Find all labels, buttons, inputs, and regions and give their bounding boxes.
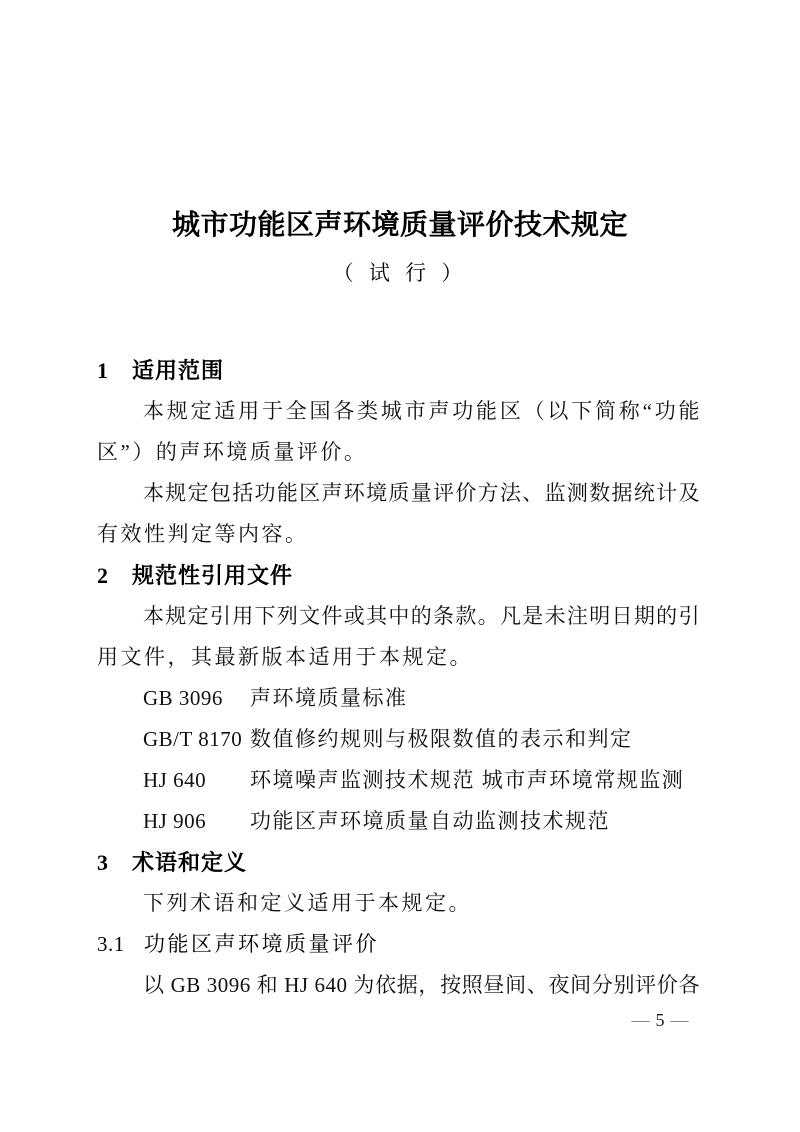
- paragraph-line: 本规定包括功能区声环境质量评价方法、监测数据统计及: [97, 473, 700, 514]
- paragraph-line: 下列术语和定义适用于本规定。: [97, 883, 700, 924]
- reference-item: GB 3096声环境质量标准: [97, 678, 700, 719]
- reference-title: 声环境质量标准: [250, 686, 408, 710]
- reference-code: HJ 906: [143, 801, 250, 842]
- section-heading-scope: 1适用范围: [97, 350, 700, 391]
- paragraph-line: 区”）的声环境质量评价。: [97, 432, 700, 473]
- paragraph-line: 以 GB 3096 和 HJ 640 为依据，按照昼间、夜间分别评价各: [97, 965, 700, 1006]
- reference-code: GB 3096: [143, 678, 250, 719]
- section-heading-terms-definitions: 3术语和定义: [97, 842, 700, 883]
- paragraph-line: 本规定适用于全国各类城市声功能区（以下简称“功能: [97, 391, 700, 432]
- footer-page-number: 5: [656, 1010, 665, 1030]
- reference-item: HJ 640环境噪声监测技术规范 城市声环境常规监测: [97, 760, 700, 801]
- section-title: 规范性引用文件: [132, 563, 293, 588]
- subsection-title: 功能区声环境质量评价: [144, 932, 379, 956]
- subsection-heading-functional-area-evaluation: 3.1功能区声环境质量评价: [97, 924, 700, 965]
- footer-right-dash: —: [665, 1010, 695, 1030]
- reference-item: HJ 906功能区声环境质量自动监测技术规范: [97, 801, 700, 842]
- doc-title: 城市功能区声环境质量评价技术规定: [0, 203, 800, 243]
- paragraph-line: 用文件，其最新版本适用于本规定。: [97, 637, 700, 678]
- reference-code: GB/T 8170: [143, 719, 250, 760]
- reference-title: 功能区声环境质量自动监测技术规范: [250, 809, 610, 833]
- paragraph-line: 有效性判定等内容。: [97, 514, 700, 555]
- document-page: 城市功能区声环境质量评价技术规定 （ 试 行 ） 1适用范围 本规定适用于全国各…: [0, 0, 800, 1132]
- doc-subtitle: （ 试 行 ）: [0, 257, 800, 287]
- document-body: 1适用范围 本规定适用于全国各类城市声功能区（以下简称“功能 区”）的声环境质量…: [97, 350, 700, 1006]
- section-number: 3: [97, 842, 132, 883]
- subsection-number: 3.1: [97, 924, 144, 965]
- paragraph-line: 本规定引用下列文件或其中的条款。凡是未注明日期的引: [97, 596, 700, 637]
- section-title: 术语和定义: [132, 850, 247, 875]
- footer-left-dash: —: [626, 1010, 656, 1030]
- section-heading-normative-references: 2规范性引用文件: [97, 555, 700, 596]
- reference-code: HJ 640: [143, 760, 250, 801]
- reference-title: 环境噪声监测技术规范 城市声环境常规监测: [250, 768, 684, 792]
- section-number: 2: [97, 555, 132, 596]
- reference-title: 数值修约规则与极限数值的表示和判定: [250, 727, 633, 751]
- section-number: 1: [97, 350, 132, 391]
- reference-item: GB/T 8170数值修约规则与极限数值的表示和判定: [97, 719, 700, 760]
- page-number: —5—: [618, 1008, 702, 1032]
- section-title: 适用范围: [132, 358, 224, 383]
